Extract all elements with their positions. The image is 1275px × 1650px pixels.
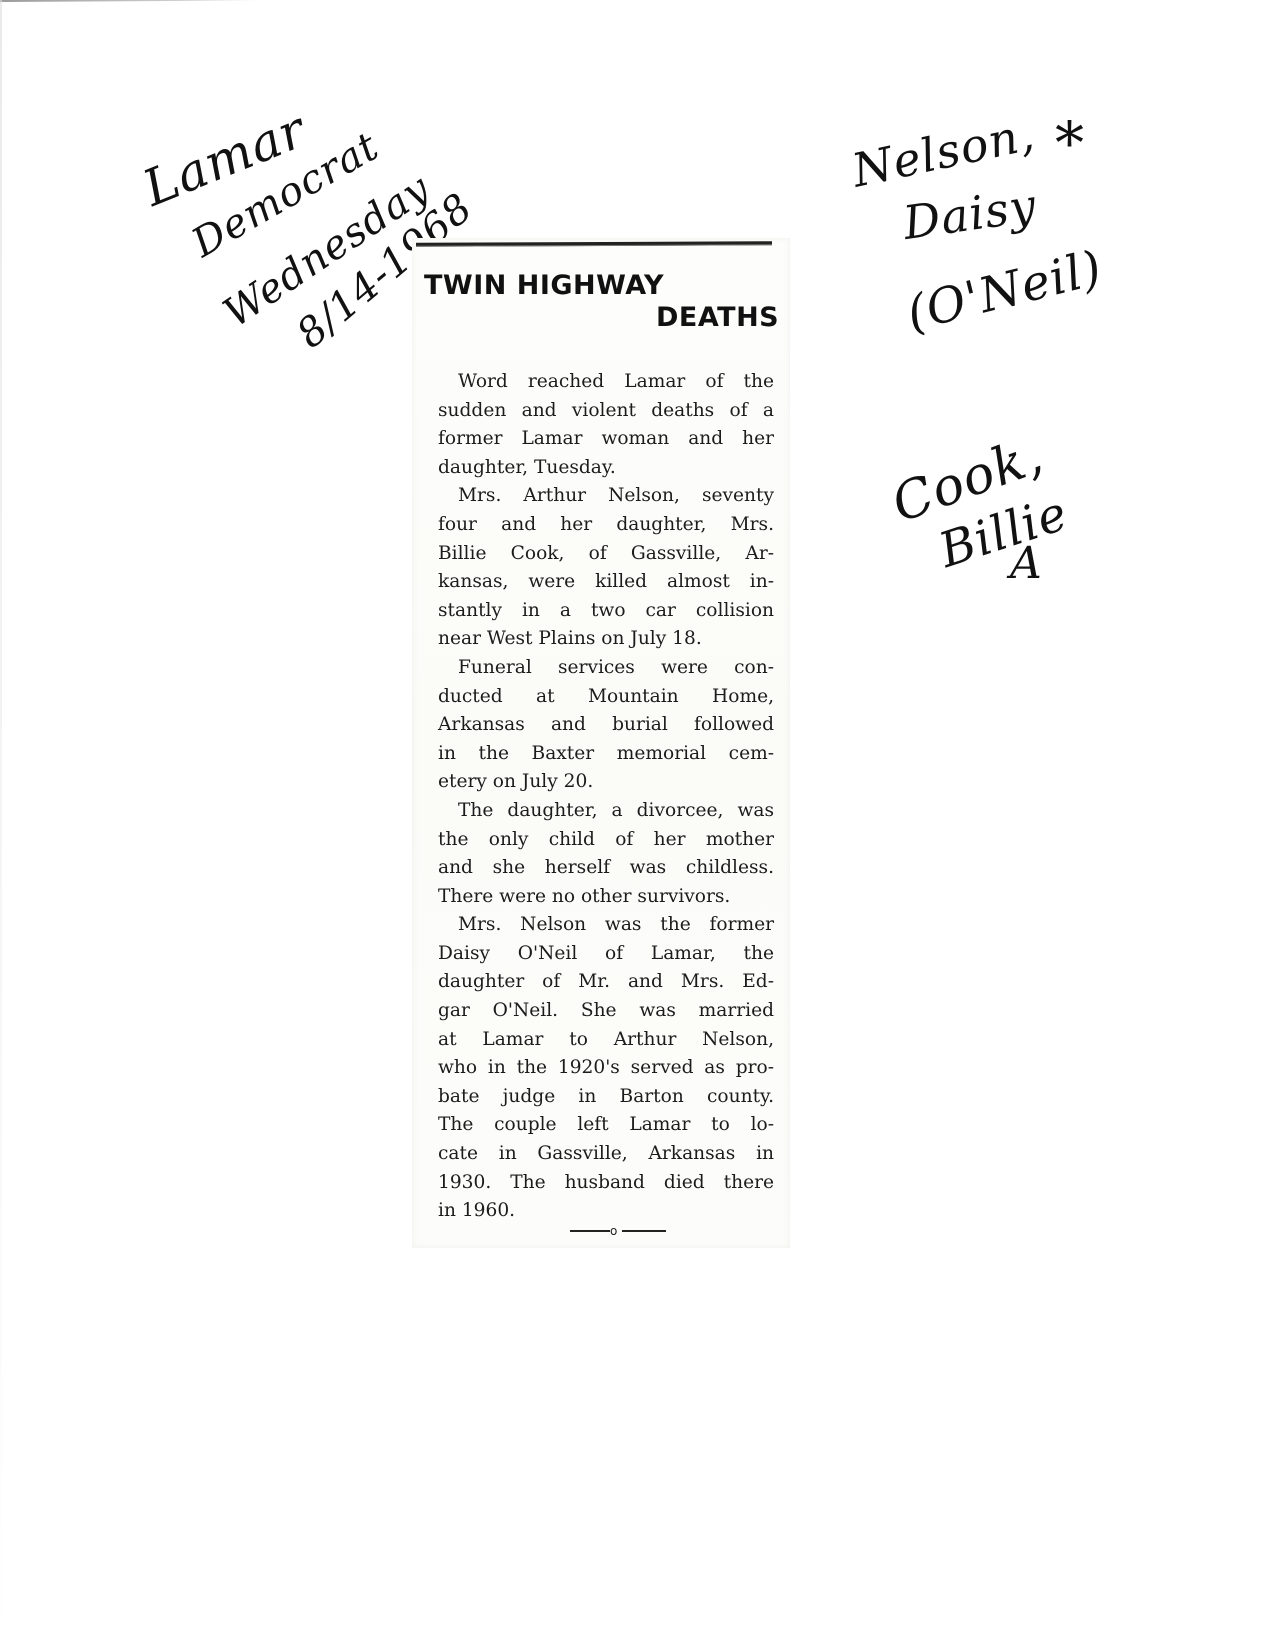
article-line: ducted at Mountain Home, [438,683,774,712]
handwritten-source-note: Lamar Democrat Wednesday 8/14-1968 [120,110,460,310]
article-line: daughter, Tuesday. [438,454,774,483]
handwritten-name-note-cook: Cook, Billie A [880,420,1100,590]
article-line: near West Plains on July 18. [438,625,774,654]
article-paragraph: Mrs. Nelson was the formerDaisy O'Neil o… [438,911,774,1226]
scan-edge-left [0,0,2,1650]
scan-edge-top [0,0,260,2]
article-line: stantly in a two car collision [438,597,774,626]
end-mark-bar-right [622,1230,666,1232]
article-line: at Lamar to Arthur Nelson, [438,1026,774,1055]
article-body: Word reached Lamar of thesudden and viol… [438,368,774,1226]
article-line: Daisy O'Neil of Lamar, the [438,940,774,969]
article-line: who in the 1920's served as pro- [438,1054,774,1083]
name-maiden: (O'Neil) [901,240,1108,343]
article-line: in the Baxter memorial cem- [438,740,774,769]
article-line: The couple left Lamar to lo- [438,1111,774,1140]
name-given: Daisy [900,178,1040,250]
article-paragraph: Funeral services were con-ducted at Moun… [438,654,774,797]
article-line: Mrs. Nelson was the former [438,911,774,940]
end-mark-bar-left [570,1230,610,1232]
article-line: Mrs. Arthur Nelson, seventy [438,482,774,511]
article-line: daughter of Mr. and Mrs. Ed- [438,968,774,997]
handwritten-name-note-nelson: Nelson, * Daisy (O'Neil) [845,105,1115,345]
article-end-mark: o [570,1224,666,1236]
asterisk-icon: * [1055,109,1085,177]
article-line: and she herself was childless. [438,854,774,883]
headline-line-2: DEATHS [656,302,779,333]
newspaper-clipping: TWIN HIGHWAY DEATHS Word reached Lamar o… [412,238,790,1248]
article-line: Billie Cook, of Gassville, Ar- [438,540,774,569]
article-line: Arkansas and burial followed [438,711,774,740]
article-line: cate in Gassville, Arkansas in [438,1140,774,1169]
article-line: Word reached Lamar of the [438,368,774,397]
article-line: There were no other survivors. [438,883,774,912]
article-line: The daughter, a divorcee, was [438,797,774,826]
article-paragraph: Word reached Lamar of thesudden and viol… [438,368,774,482]
article-line: in 1960. [438,1197,774,1226]
end-mark-glyph: o [610,1224,617,1238]
article-line: four and her daughter, Mrs. [438,511,774,540]
headline-line-1: TWIN HIGHWAY [424,270,664,301]
article-paragraph: Mrs. Arthur Nelson, seventyfour and her … [438,482,774,654]
article-line: the only child of her mother [438,826,774,855]
article-line: sudden and violent deaths of a [438,397,774,426]
article-line: gar O'Neil. She was married [438,997,774,1026]
article-paragraph: The daughter, a divorcee, wasthe only ch… [438,797,774,911]
article-line: bate judge in Barton county. [438,1083,774,1112]
article-line: kansas, were killed almost in- [438,568,774,597]
cook-initial: A [1010,538,1043,589]
article-line: Funeral services were con- [438,654,774,683]
article-line: etery on July 20. [438,768,774,797]
article-line: 1930. The husband died there [438,1169,774,1198]
headline-rule [416,241,772,247]
article-line: former Lamar woman and her [438,425,774,454]
